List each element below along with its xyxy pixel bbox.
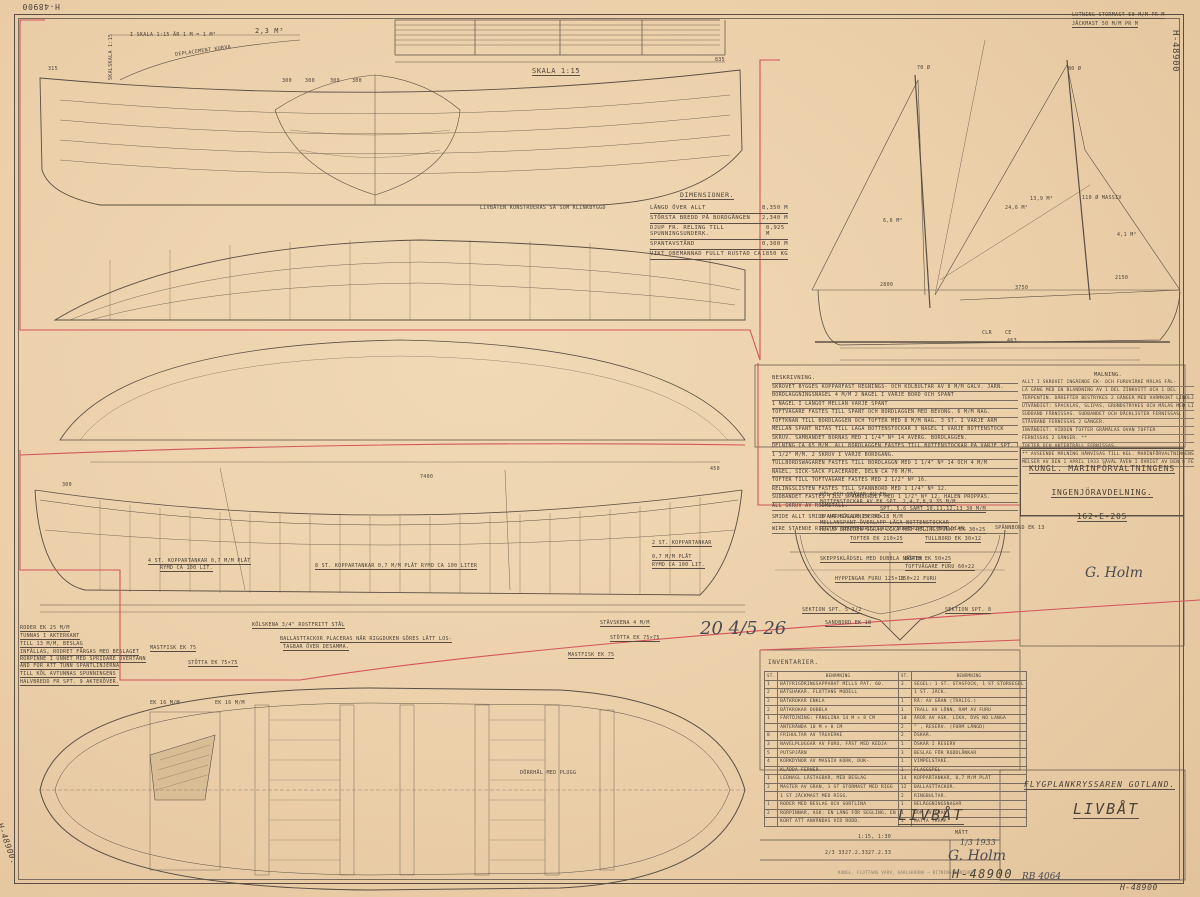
authority-code: 162-E-205 <box>1077 512 1128 522</box>
sail-area-mizzen: 4,1 m² <box>1117 232 1137 238</box>
inventory-row: 2BÅTSHAKAR. FLOTTANS MODELL1 ST. JÄCK. <box>765 689 1027 698</box>
painting-line: FERNISSAS 2 GÅNGER. ** <box>1022 435 1194 443</box>
description-line: NAGEL, SICK-SACK PLACERADE, DELN CA 70 M… <box>772 469 1018 478</box>
archive-reference: RB 4064 <box>1022 872 1061 882</box>
description-line: TOFTER TILL TOFTVÄGARE FÄSTES MED 2 1/2"… <box>772 477 1018 486</box>
painting-line: INVÄNDIGT: VIDDEN TOFTER GRÅMÅLAS OVAN T… <box>1022 427 1194 435</box>
section-note: TOFTVÄGARE FURU 60×22 <box>905 564 975 571</box>
stanchion-fwd: STÖTTA EK 75×75 <box>610 635 660 642</box>
stanchion-aft: STÖTTA EK 75×75 <box>188 660 238 667</box>
tank-label-mid: 8 ST. KOPPARTANKAR 0,7 M/M PLÅT RYMD CA … <box>315 563 477 570</box>
painting-line: STÄVBAND FERNISSAS 2 GÅNGER. <box>1022 419 1194 427</box>
description-line: 1 NAGEL I LANGOT MELLAN VARJE SPANT <box>772 401 1018 410</box>
authority-department: INGENJÖRAVDELNING. <box>1051 488 1152 498</box>
section-note: SPÄNNBORD EK 13 <box>995 525 1045 531</box>
hydrostatic-scale-grid <box>395 20 725 55</box>
inventory-row: 2RORPINNAR, ASK: EN LÅNG FÖR SEGLING, EN… <box>765 809 1027 818</box>
ballast-note-2: TAGBAR ÖVER DESAMMA. <box>283 644 349 651</box>
mast-rake-note-2: JÄCKMAST 50 M/M PR M <box>1072 21 1138 28</box>
section-note: SANDBORD EK 18 <box>825 620 871 627</box>
drawing-scales: 1:15, 1:30 <box>858 834 891 840</box>
boom-length: 3750 <box>1015 285 1028 291</box>
inventory-col-name: BENÄMNING <box>912 672 1027 681</box>
mast-step-aft: MASTFISK EK 75 <box>150 645 196 652</box>
dimension-row: VIKT OBEMANNAD FULLT RUSTAD CA1850 KG <box>650 250 788 260</box>
dimension-row: SPANTAVSTÅND0,300 M <box>650 240 788 250</box>
displacement-value: 2,3 m³ <box>255 27 284 35</box>
description-line: TOFTVÄGARE FÄSTES TILL SPANT OCH BORDLÄG… <box>772 409 1018 418</box>
mizzen-top-diameter: 80 Ø <box>1068 66 1081 72</box>
aft-overhang-dim: 300 <box>62 482 72 488</box>
section-note: SPT. 5,6 SAMT 10,11,12,13 30 M/M <box>880 506 986 513</box>
half-breadth-plan <box>55 240 745 320</box>
drawing-title-right: LIVBÅT <box>1073 800 1139 819</box>
aft-dimension: 315 <box>48 66 58 72</box>
section-note: BOTTENSTOCKAR AV EK SPT. 2,4,7,8,9 35 M/… <box>820 499 956 506</box>
inventory-row: 2BÅTKROKAR DUBBLA1TRALL AV LÖNN, RAM AV … <box>765 706 1027 715</box>
inventory-row: 2BÅTKROKAR ENKLA1RÅ: AV GRAN (TRÅLIG.) <box>765 697 1027 706</box>
plan-label: EK 16 M/M <box>150 700 180 706</box>
inventory-row: ANTERÅNDA 10 M × 8 CM2" , RESERV. (FORM … <box>765 723 1027 732</box>
inventory-col-qty: ST. <box>765 672 778 681</box>
chief-signature: G. Holm <box>948 848 1006 864</box>
section-note: HYPPINGAR FURU 125×18 <box>835 576 905 583</box>
inventory-table: INVENTARIER. ST. BENÄMNING ST. BENÄMNING… <box>764 652 1019 827</box>
painting-line: UTVÄNDIGT: SPACKLAS, SLIPAS, GRUNDSTRYKE… <box>1022 403 1194 411</box>
painting-line: ALLT I SKROVET INGÅENDE EK- OCH FURUVIRK… <box>1022 379 1194 387</box>
description-line: MELLAN SPANT NITAS TILL LÄGA BOTTENSTOCK… <box>772 426 1018 435</box>
center-lateral-resistance: CLR <box>982 330 992 336</box>
pencil-annotation: 20 4/5 26 <box>700 618 786 639</box>
section-note: TOFTER EK 210×25 <box>850 536 903 543</box>
station-spacing-4: 300 <box>352 78 362 84</box>
mast-step-fwd: MASTFISK EK 75 <box>568 652 614 659</box>
section-label-5-half: SEKTION SPT. 5 1/2 <box>802 607 862 614</box>
drawing-number-bottom: H-48900 <box>1120 883 1158 892</box>
section-note: TULLBORD EK 30×12 <box>925 536 981 543</box>
revision-date: 2/3 33 <box>825 850 845 856</box>
station-spacing-3: 300 <box>330 78 340 84</box>
approval-signature: G. Holm <box>1085 565 1143 581</box>
revision-date: 27.2.33 <box>845 850 868 856</box>
section-note: SKEPPSKLÄDSEL MED DUBBLA NÄSTER <box>820 556 923 563</box>
authority-title-block: KUNGL. MARINFÖRVALTNINGENS INGENJÖRAVDEL… <box>1020 448 1184 516</box>
tank-label-fwd: 2 ST. KOPPARTANKAR <box>652 540 712 547</box>
plan-view <box>40 688 745 890</box>
sail-plan <box>812 40 1180 360</box>
inventory-col-name: BENÄMNING <box>778 672 899 681</box>
description-line: RELINGSLISTEN FÄSTES TILL SPÄNNBORD MED … <box>772 486 1018 495</box>
approval-date: 1/3 1933 <box>960 838 996 847</box>
drawing-sheet: H-48900 H-48900 I SKALA 1:15 ÄR 1 M = 1 … <box>0 0 1200 897</box>
construction-note: LIVBÅTEN KONSTRUERAS SÅ SOM KLINKBYGGD <box>480 205 606 211</box>
inventory-row: KLÄDDA FERNER.1FLAGGSPEL <box>765 766 1027 775</box>
hydrostatic-scale-note: I SKALA 1:15 ÄR 1 M = 1 M³ <box>130 32 216 38</box>
approval-header: MÄTT <box>955 830 968 836</box>
description-line: DELNING CA 65 M/M. ALL BORDLÄGGEN FÄSTES… <box>772 443 1018 452</box>
deck-outline <box>60 340 745 440</box>
mizzen-spar-note: 110 Ø MASSIV <box>1082 195 1122 201</box>
dimension-row: DJUP FR. RELING TILL SPUNNINGSUNDERK.0,9… <box>650 224 788 240</box>
description-line: BORDLÄGGNINGSNAGEL 4 M/M 2 NAGEL I VARJE… <box>772 392 1018 401</box>
mizzen-foot-length: 2150 <box>1115 275 1128 281</box>
tank-label-fwd-volume: RYMD CA 100 LIT. <box>652 562 705 569</box>
inventory-row: 1 ST JÄCKMAST MED RIGG.2RINGBULTAR. <box>765 792 1027 801</box>
inventory-row: 1BÅTFRIGÖRINGSAPPARAT MILLS PAT. 60.3SEG… <box>765 680 1027 689</box>
center-offset: 463 <box>1007 338 1017 344</box>
inventory-row: 8FRIHULTAR AV TÅGVERKE2ÖSKAR. <box>765 732 1027 741</box>
sail-area-jib: 6,6 m² <box>883 218 903 224</box>
plan-label: EK 16 M/M <box>215 700 245 706</box>
section-note: MELLANSPANT ÖVERLAPP LÄGA BOTTENSTOCKAR <box>820 520 949 527</box>
inventory-row: 1LEDNAGL LÅSTAGBAR, MED BESLAG14KOPPARTA… <box>765 775 1027 784</box>
center-of-effort: CE <box>1005 330 1012 336</box>
description-line: 1 1/2" M/M. 2 SKRUV I VARJE BORDGÅNG. <box>772 452 1018 461</box>
drawing-number-right-side: H-48900 <box>1180 30 1200 40</box>
mast-rake-note-1: LUTNING STORMAST 50 M/M PR M <box>1072 12 1165 19</box>
jib-foot-length: 2800 <box>880 282 893 288</box>
ship-name: FLYGPLANKRYSSAREN GOTLAND. <box>1024 780 1175 790</box>
inventory-row: 1FÄRTÖJNING: FÄNGLINA 14 M × 8 CM10ÅROR … <box>765 714 1027 723</box>
station-spacing-1: 300 <box>282 78 292 84</box>
section-note: HUVUD BREDDEN GÖRAS LIKA MED RELINGSPUNK… <box>820 527 986 534</box>
inventory-row: 3NAVELPLUGGAR AV FURU, FÄST MED KEDJA1ÖS… <box>765 740 1027 749</box>
description-line: TULLBORDSWÄGAREN FÄSTES TILL BORDLÄGGN M… <box>772 460 1018 469</box>
tank-label-fwd-plate: 0,7 M/M PLÅT <box>652 554 692 561</box>
midship-section <box>775 530 1010 640</box>
description-line: TOFTKNÄN TILL BORDLÄGGEN OCH TOFTER MED … <box>772 418 1018 427</box>
overall-length-dim: 7400 <box>420 474 433 480</box>
description-heading: BESKRIVNING. <box>772 375 1018 384</box>
inventory-row: KORT ATT ANVÄNDAS VID RODD.1MATTA TRAMP. <box>765 818 1027 827</box>
plan-label: DÖRRHÅL MED PLUGG <box>520 770 576 776</box>
tank-label-aft-volume: RYMD CA 100 LIT. <box>160 565 213 572</box>
inventory-heading: INVENTARIER. <box>768 659 819 666</box>
tank-label-aft: 4 ST. KOPPARTANKAR 0,7 M/M PLÅT <box>148 558 251 565</box>
mast-top-diameter: 70 Ø <box>917 65 930 71</box>
painting-line: SUDBAND FÄRNISSAS. SUDBANDET OCH DÄCKLIS… <box>1022 411 1194 419</box>
dimensions-heading: DIMENSIONER. <box>680 191 734 200</box>
dimension-row: LÄNGD ÖVER ALLT8,350 M <box>650 204 788 214</box>
sail-area-mainsail: 13,9 m² <box>1030 196 1053 202</box>
inventory-row: 4KORKDYNOR AV MASSIV KORK, DUK-1VIMPELST… <box>765 757 1027 766</box>
drawing-title-left: LIVBÅT <box>898 806 964 825</box>
dimensions-table: DIMENSIONER. LÄNGD ÖVER ALLT8,350 M STÖR… <box>650 182 788 260</box>
authority-name: KUNGL. MARINFÖRVALTNINGENS <box>1029 464 1175 474</box>
revision-date: 27.2.33 <box>868 850 891 856</box>
painting-heading: MÅLNING. <box>1022 372 1194 379</box>
painting-line: LA GÅNG MED EN BLANDNING AV 1 DEL ZINKVI… <box>1022 387 1194 395</box>
inventory-row: 2MASTER AV GRAN, 1 ST STORMAST MED RIGG1… <box>765 783 1027 792</box>
inventory-col-qty: ST. <box>898 672 911 681</box>
section-note: KÖL OCH STÄVAR AV EK. <box>820 492 890 498</box>
forward-overhang-dim: 450 <box>710 466 720 472</box>
drawing-number: H-48900 <box>952 867 1013 881</box>
scale-label: SKALA 1:15 <box>532 67 580 76</box>
stem-band-label: STÄVSKENA 4 M/M <box>600 620 650 627</box>
sheer-plan <box>40 70 742 205</box>
dimension-row: STÖRSTA BREDD PÅ BORDGÅNGEN2,340 M <box>650 214 788 224</box>
hydrostatic-vertical-label: SKALSKALA 1:15 <box>108 80 154 86</box>
drawing-number-top: H-48900 <box>22 2 60 11</box>
keel-band-label: KÖLSKENA 3/4" ROSTFRITT STÅL <box>252 622 345 629</box>
painting-line: TERPENTIN. DÄREFTER BESTRYKES 2 GÅNGER M… <box>1022 395 1194 403</box>
sail-area-total: 24,6 m² <box>1005 205 1028 211</box>
ballast-note-1: BALLASTTACKOR PLACERAS NÄR RIGGDUKEN GÖR… <box>280 636 452 643</box>
inboard-profile <box>35 462 745 612</box>
forward-dimension: 835 <box>715 57 725 63</box>
section-label-8: SEKTION SPT. 8 <box>945 607 991 614</box>
inventory-row: 5PUTSPJÄRN3BESLAG FÖR RODDLÅNKAR <box>765 749 1027 758</box>
description-line: SKRUV. SAMBANDET BORNAS MED 1 1/4" Nº 14… <box>772 435 1018 444</box>
station-spacing-2: 300 <box>305 78 315 84</box>
description-line: SKROVET BYGGES KOPPARFAST REGNINGS- OCH … <box>772 384 1018 393</box>
section-note: 150×22 FURU <box>900 576 936 583</box>
inventory-row: 1RODER MED BESLAG OCH SORTLINA1BELÄGGNIN… <box>765 800 1027 809</box>
